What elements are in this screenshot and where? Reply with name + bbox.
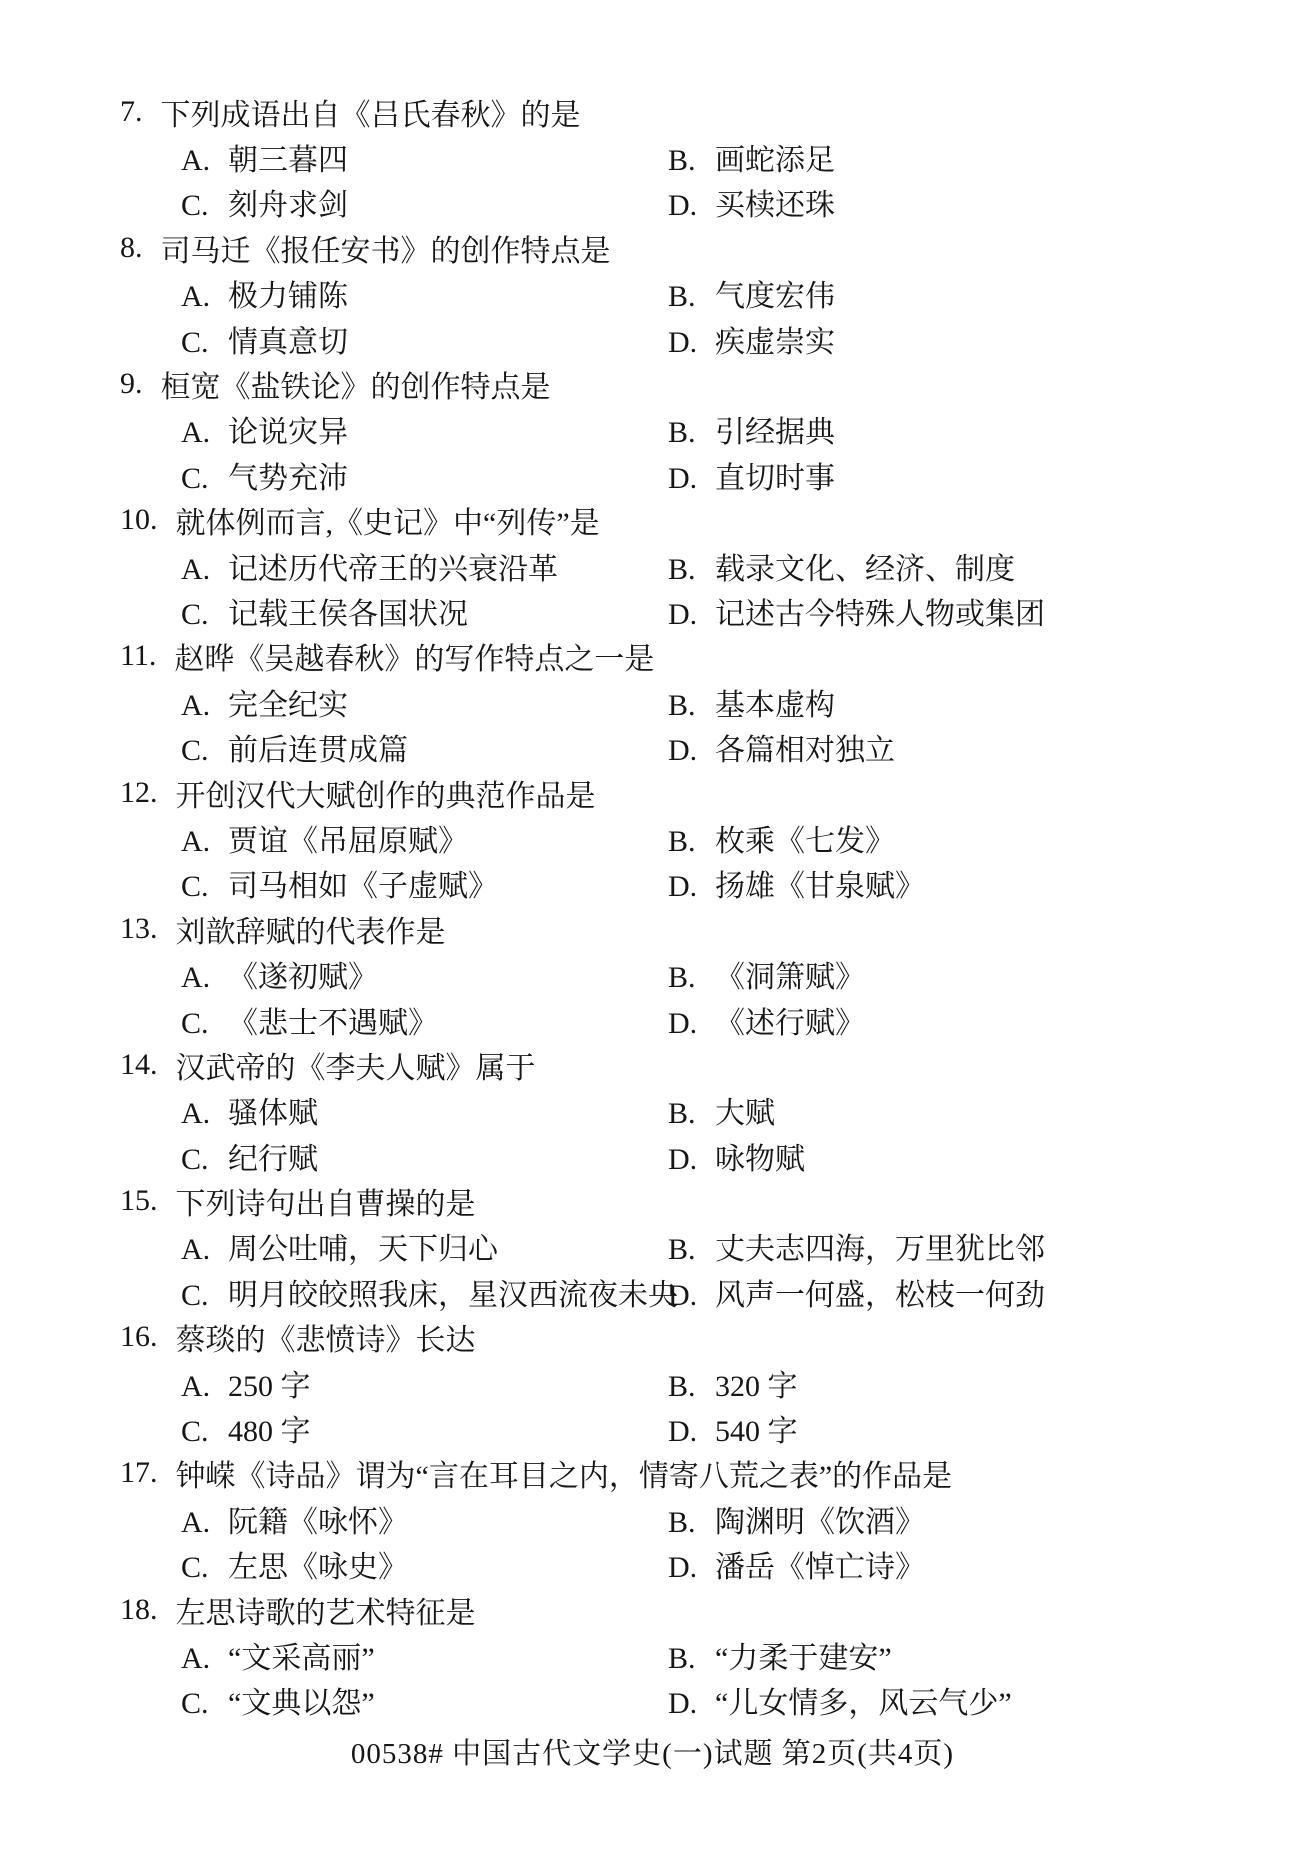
option-letter: A. (181, 280, 228, 314)
option-text: 完全纪实 (228, 689, 348, 722)
question-header-row: 14. 汉武帝的《李夫人赋》属于 (0, 1042, 1305, 1087)
option-letter: B. (668, 1097, 715, 1131)
option-text: 记载王侯各国状况 (228, 598, 468, 631)
option-b: B.引经据典 (668, 407, 835, 451)
option-text: 陶渊明《饮酒》 (715, 1506, 925, 1539)
option-text: 540 字 (715, 1415, 798, 1448)
option-letter: D. (668, 326, 715, 360)
question-number: 7. (120, 95, 143, 129)
option-letter: B. (668, 1642, 715, 1676)
options-row-cd: C.左思《咏史》 D.潘岳《悼亡诗》 (0, 1542, 1305, 1587)
question-block: 7. 下列成语出自《吕氏春秋》的是 A.朝三暮四 B.画蛇添足 C.刻舟求剑 D… (0, 89, 1305, 225)
option-letter: D. (668, 1687, 715, 1721)
option-letter: B. (668, 1506, 715, 1540)
option-letter: C. (181, 598, 228, 632)
question-header-row: 10. 就体例而言,《史记》中“列传”是 (0, 498, 1305, 543)
option-letter: D. (668, 189, 715, 223)
option-letter: D. (668, 734, 715, 768)
option-c: C.纪行赋 (181, 1134, 318, 1178)
options-row-ab: A.阮籍《咏怀》 B.陶渊明《饮酒》 (0, 1496, 1305, 1541)
option-b: B.枚乘《七发》 (668, 816, 895, 860)
option-text: 320 字 (715, 1370, 798, 1403)
question-header-row: 12. 开创汉代大赋创作的典范作品是 (0, 770, 1305, 815)
question-number: 16. (120, 1320, 158, 1354)
option-letter: C. (181, 462, 228, 496)
option-a: A.记述历代帝王的兴衰沿革 (181, 544, 558, 588)
option-text: 风声一何盛，松枝一何劲 (715, 1279, 1045, 1312)
option-letter: B. (668, 1233, 715, 1267)
option-letter: B. (668, 1370, 715, 1404)
option-letter: A. (181, 1097, 228, 1131)
question-text: 蔡琰的《悲愤诗》长达 (176, 1315, 476, 1359)
option-text: 疾虚崇实 (715, 326, 835, 359)
option-text: 前后连贯成篇 (228, 734, 408, 767)
option-letter: A. (181, 1642, 228, 1676)
option-text: 丈夫志四海，万里犹比邻 (715, 1233, 1045, 1266)
option-d: D.扬雄《甘泉赋》 (668, 861, 925, 905)
option-text: “文采高丽” (228, 1642, 375, 1675)
option-text: 扬雄《甘泉赋》 (715, 870, 925, 903)
option-letter: A. (181, 553, 228, 587)
option-b: B.载录文化、经济、制度 (668, 544, 1015, 588)
option-letter: D. (668, 1143, 715, 1177)
options-row-cd: C.情真意切 D.疾虚崇实 (0, 316, 1305, 361)
option-c: C.480 字 (181, 1406, 311, 1450)
options-row-cd: C.明月皎皎照我床，星汉西流夜未央 D.风声一何盛，松枝一何劲 (0, 1269, 1305, 1314)
option-text: 画蛇添足 (715, 144, 835, 177)
option-d: D.各篇相对独立 (668, 725, 895, 769)
question-header-row: 17. 钟嵘《诗品》谓为“言在耳目之内，情寄八荒之表”的作品是 (0, 1451, 1305, 1496)
option-a: A.极力铺陈 (181, 271, 348, 315)
question-header-row: 11. 赵晔《吴越春秋》的写作特点之一是 (0, 634, 1305, 679)
options-row-ab: A.250 字 B.320 字 (0, 1360, 1305, 1405)
question-text: 桓宽《盐铁论》的创作特点是 (161, 362, 551, 406)
question-block: 10. 就体例而言,《史记》中“列传”是 A.记述历代帝王的兴衰沿革 B.载录文… (0, 498, 1305, 634)
option-text: 各篇相对独立 (715, 734, 895, 767)
option-letter: B. (668, 144, 715, 178)
option-text: 大赋 (715, 1097, 775, 1130)
question-block: 8. 司马迁《报任安书》的创作特点是 A.极力铺陈 B.气度宏伟 C.情真意切 … (0, 225, 1305, 361)
option-text: 记述古今特殊人物或集团 (715, 598, 1045, 631)
option-d: D.风声一何盛，松枝一何劲 (668, 1270, 1045, 1314)
question-block: 12. 开创汉代大赋创作的典范作品是 A.贾谊《吊屈原赋》 B.枚乘《七发》 C… (0, 770, 1305, 906)
option-d: D.咏物赋 (668, 1134, 805, 1178)
question-block: 15. 下列诗句出自曹操的是 A.周公吐哺，天下归心 B.丈夫志四海，万里犹比邻… (0, 1178, 1305, 1314)
option-d: D.潘岳《悼亡诗》 (668, 1542, 925, 1586)
option-text: 司马相如《子虚赋》 (228, 870, 498, 903)
option-a: A.《遂初赋》 (181, 952, 378, 996)
question-block: 9. 桓宽《盐铁论》的创作特点是 A.论说灾异 B.引经据典 C.气势充沛 D.… (0, 361, 1305, 497)
question-header-row: 13. 刘歆辞赋的代表作是 (0, 906, 1305, 951)
question-number: 15. (120, 1184, 158, 1218)
option-text: 气势充沛 (228, 462, 348, 495)
option-text: 刻舟求剑 (228, 189, 348, 222)
question-number: 18. (120, 1593, 158, 1627)
option-c: C.“文典以怨” (181, 1678, 375, 1722)
question-text: 刘歆辞赋的代表作是 (176, 907, 446, 951)
option-c: C.气势充沛 (181, 453, 348, 497)
option-letter: C. (181, 734, 228, 768)
question-header-row: 9. 桓宽《盐铁论》的创作特点是 (0, 361, 1305, 406)
option-text: 《遂初赋》 (228, 961, 378, 994)
option-c: C.左思《咏史》 (181, 1542, 408, 1586)
option-text: 情真意切 (228, 326, 348, 359)
option-letter: D. (668, 870, 715, 904)
question-block: 13. 刘歆辞赋的代表作是 A.《遂初赋》 B.《洞箫赋》 C.《悲士不遇赋》 … (0, 906, 1305, 1042)
option-text: 《洞箫赋》 (715, 961, 865, 994)
options-row-ab: A.朝三暮四 B.画蛇添足 (0, 134, 1305, 179)
option-text: 引经据典 (715, 416, 835, 449)
option-letter: C. (181, 326, 228, 360)
option-c: C.记载王侯各国状况 (181, 589, 468, 633)
option-a: A.贾谊《吊屈原赋》 (181, 816, 468, 860)
option-text: 《述行赋》 (715, 1007, 865, 1040)
option-d: D.“儿女情多，风云气少” (668, 1678, 1012, 1722)
option-letter: D. (668, 1551, 715, 1585)
option-b: B.320 字 (668, 1361, 798, 1405)
question-text: 开创汉代大赋创作的典范作品是 (176, 771, 596, 815)
option-letter: C. (181, 1687, 228, 1721)
options-row-ab: A.极力铺陈 B.气度宏伟 (0, 271, 1305, 316)
option-letter: C. (181, 1415, 228, 1449)
exam-page: 7. 下列成语出自《吕氏春秋》的是 A.朝三暮四 B.画蛇添足 C.刻舟求剑 D… (0, 0, 1305, 1868)
option-c: C.刻舟求剑 (181, 180, 348, 224)
options-row-cd: C.480 字 D.540 字 (0, 1405, 1305, 1450)
option-text: 论说灾异 (228, 416, 348, 449)
option-letter: C. (181, 1143, 228, 1177)
options-row-cd: C.司马相如《子虚赋》 D.扬雄《甘泉赋》 (0, 861, 1305, 906)
question-block: 16. 蔡琰的《悲愤诗》长达 A.250 字 B.320 字 C.480 字 D… (0, 1315, 1305, 1451)
option-letter: B. (668, 689, 715, 723)
options-row-ab: A.贾谊《吊屈原赋》 B.枚乘《七发》 (0, 815, 1305, 860)
option-text: 基本虚构 (715, 689, 835, 722)
option-text: 买椟还珠 (715, 189, 835, 222)
options-row-ab: A.完全纪实 B.基本虚构 (0, 679, 1305, 724)
option-text: 《悲士不遇赋》 (228, 1007, 438, 1040)
option-text: 纪行赋 (228, 1143, 318, 1176)
option-b: B.丈夫志四海，万里犹比邻 (668, 1224, 1045, 1268)
option-text: 贾谊《吊屈原赋》 (228, 825, 468, 858)
options-row-ab: A.骚体赋 B.大赋 (0, 1088, 1305, 1133)
question-text: 下列成语出自《吕氏春秋》的是 (161, 90, 581, 134)
option-a: A.250 字 (181, 1361, 311, 1405)
options-row-cd: C.气势充沛 D.直切时事 (0, 452, 1305, 497)
option-c: C.司马相如《子虚赋》 (181, 861, 498, 905)
question-number: 17. (120, 1456, 158, 1490)
question-block: 14. 汉武帝的《李夫人赋》属于 A.骚体赋 B.大赋 C.纪行赋 D.咏物赋 (0, 1042, 1305, 1178)
option-letter: D. (668, 1415, 715, 1449)
question-text: 司马迁《报任安书》的创作特点是 (161, 226, 611, 270)
option-letter: A. (181, 1506, 228, 1540)
option-b: B.“力柔于建安” (668, 1633, 892, 1677)
option-letter: A. (181, 1370, 228, 1404)
option-letter: A. (181, 689, 228, 723)
option-text: 气度宏伟 (715, 280, 835, 313)
option-text: 载录文化、经济、制度 (715, 553, 1015, 586)
option-c: C.明月皎皎照我床，星汉西流夜未央 (181, 1270, 678, 1314)
option-text: 潘岳《悼亡诗》 (715, 1551, 925, 1584)
option-a: A.“文采高丽” (181, 1633, 375, 1677)
question-number: 10. (120, 503, 158, 537)
question-block: 11. 赵晔《吴越春秋》的写作特点之一是 A.完全纪实 B.基本虚构 C.前后连… (0, 634, 1305, 770)
option-text: 阮籍《咏怀》 (228, 1506, 408, 1539)
question-text: 就体例而言,《史记》中“列传”是 (176, 498, 600, 542)
option-b: B.大赋 (668, 1088, 775, 1132)
options-row-cd: C.刻舟求剑 D.买椟还珠 (0, 180, 1305, 225)
option-text: 250 字 (228, 1370, 311, 1403)
options-row-ab: A.记述历代帝王的兴衰沿革 B.载录文化、经济、制度 (0, 543, 1305, 588)
option-d: D.记述古今特殊人物或集团 (668, 589, 1045, 633)
option-b: B.基本虚构 (668, 680, 835, 724)
option-letter: C. (181, 1007, 228, 1041)
options-row-cd: C.前后连贯成篇 D.各篇相对独立 (0, 724, 1305, 769)
options-row-ab: A.论说灾异 B.引经据典 (0, 407, 1305, 452)
option-text: 480 字 (228, 1415, 311, 1448)
option-text: 极力铺陈 (228, 280, 348, 313)
option-d: D.疾虚崇实 (668, 317, 835, 361)
option-a: A.骚体赋 (181, 1088, 318, 1132)
option-letter: D. (668, 1007, 715, 1041)
options-row-cd: C.记载王侯各国状况 D.记述古今特殊人物或集团 (0, 588, 1305, 633)
option-b: B.气度宏伟 (668, 271, 835, 315)
option-letter: D. (668, 462, 715, 496)
option-letter: C. (181, 189, 228, 223)
option-letter: C. (181, 870, 228, 904)
option-letter: D. (668, 1279, 715, 1313)
option-letter: A. (181, 416, 228, 450)
options-row-cd: C.纪行赋 D.咏物赋 (0, 1133, 1305, 1178)
options-row-ab: A.周公吐哺，天下归心 B.丈夫志四海，万里犹比邻 (0, 1224, 1305, 1269)
option-text: 咏物赋 (715, 1143, 805, 1176)
option-letter: A. (181, 144, 228, 178)
options-row-ab: A.“文采高丽” B.“力柔于建安” (0, 1632, 1305, 1677)
option-d: D.买椟还珠 (668, 180, 835, 224)
page-footer: 00538# 中国古代文学史(一)试题 第2页(共4页) (0, 1729, 1305, 1774)
option-letter: B. (668, 280, 715, 314)
option-b: B.画蛇添足 (668, 135, 835, 179)
question-text: 汉武帝的《李夫人赋》属于 (176, 1043, 536, 1087)
option-text: 明月皎皎照我床，星汉西流夜未央 (228, 1279, 678, 1312)
question-header-row: 16. 蔡琰的《悲愤诗》长达 (0, 1315, 1305, 1360)
option-c: C.情真意切 (181, 317, 348, 361)
option-text: 直切时事 (715, 462, 835, 495)
option-b: B.陶渊明《饮酒》 (668, 1497, 925, 1541)
option-letter: B. (668, 825, 715, 859)
question-text: 钟嵘《诗品》谓为“言在耳目之内，情寄八荒之表”的作品是 (176, 1451, 953, 1495)
option-letter: A. (181, 825, 228, 859)
question-text: 下列诗句出自曹操的是 (176, 1179, 476, 1223)
option-letter: B. (668, 961, 715, 995)
question-number: 14. (120, 1048, 158, 1082)
question-number: 11. (120, 639, 156, 673)
option-text: 左思《咏史》 (228, 1551, 408, 1584)
option-letter: C. (181, 1551, 228, 1585)
option-d: D.《述行赋》 (668, 998, 865, 1042)
option-letter: B. (668, 553, 715, 587)
question-header-row: 18. 左思诗歌的艺术特征是 (0, 1587, 1305, 1632)
option-text: “力柔于建安” (715, 1642, 892, 1675)
option-text: 朝三暮四 (228, 144, 348, 177)
option-letter: D. (668, 598, 715, 632)
option-b: B.《洞箫赋》 (668, 952, 865, 996)
option-a: A.完全纪实 (181, 680, 348, 724)
question-block: 18. 左思诗歌的艺术特征是 A.“文采高丽” B.“力柔于建安” C.“文典以… (0, 1587, 1305, 1723)
option-text: 骚体赋 (228, 1097, 318, 1130)
options-row-cd: C.《悲士不遇赋》 D.《述行赋》 (0, 997, 1305, 1042)
option-text: 周公吐哺，天下归心 (228, 1233, 498, 1266)
option-c: C.《悲士不遇赋》 (181, 998, 438, 1042)
question-header-row: 8. 司马迁《报任安书》的创作特点是 (0, 225, 1305, 270)
option-letter: A. (181, 1233, 228, 1267)
option-letter: B. (668, 416, 715, 450)
option-d: D.540 字 (668, 1406, 798, 1450)
question-number: 9. (120, 367, 143, 401)
question-number: 8. (120, 231, 143, 265)
option-text: “儿女情多，风云气少” (715, 1687, 1012, 1720)
option-a: A.朝三暮四 (181, 135, 348, 179)
question-text: 左思诗歌的艺术特征是 (176, 1588, 476, 1632)
option-a: A.论说灾异 (181, 407, 348, 451)
options-row-cd: C.“文典以怨” D.“儿女情多，风云气少” (0, 1678, 1305, 1723)
option-letter: A. (181, 961, 228, 995)
option-a: A.阮籍《咏怀》 (181, 1497, 408, 1541)
question-number: 13. (120, 912, 158, 946)
question-header-row: 15. 下列诗句出自曹操的是 (0, 1178, 1305, 1223)
question-number: 12. (120, 776, 158, 810)
options-row-ab: A.《遂初赋》 B.《洞箫赋》 (0, 951, 1305, 996)
question-block: 17. 钟嵘《诗品》谓为“言在耳目之内，情寄八荒之表”的作品是 A.阮籍《咏怀》… (0, 1451, 1305, 1587)
question-text: 赵晔《吴越春秋》的写作特点之一是 (174, 634, 654, 678)
option-c: C.前后连贯成篇 (181, 725, 408, 769)
question-header-row: 7. 下列成语出自《吕氏春秋》的是 (0, 89, 1305, 134)
option-text: 枚乘《七发》 (715, 825, 895, 858)
option-letter: C. (181, 1279, 228, 1313)
option-d: D.直切时事 (668, 453, 835, 497)
option-a: A.周公吐哺，天下归心 (181, 1224, 498, 1268)
option-text: “文典以怨” (228, 1687, 375, 1720)
option-text: 记述历代帝王的兴衰沿革 (228, 553, 558, 586)
questions-list: 7. 下列成语出自《吕氏春秋》的是 A.朝三暮四 B.画蛇添足 C.刻舟求剑 D… (0, 0, 1305, 1723)
